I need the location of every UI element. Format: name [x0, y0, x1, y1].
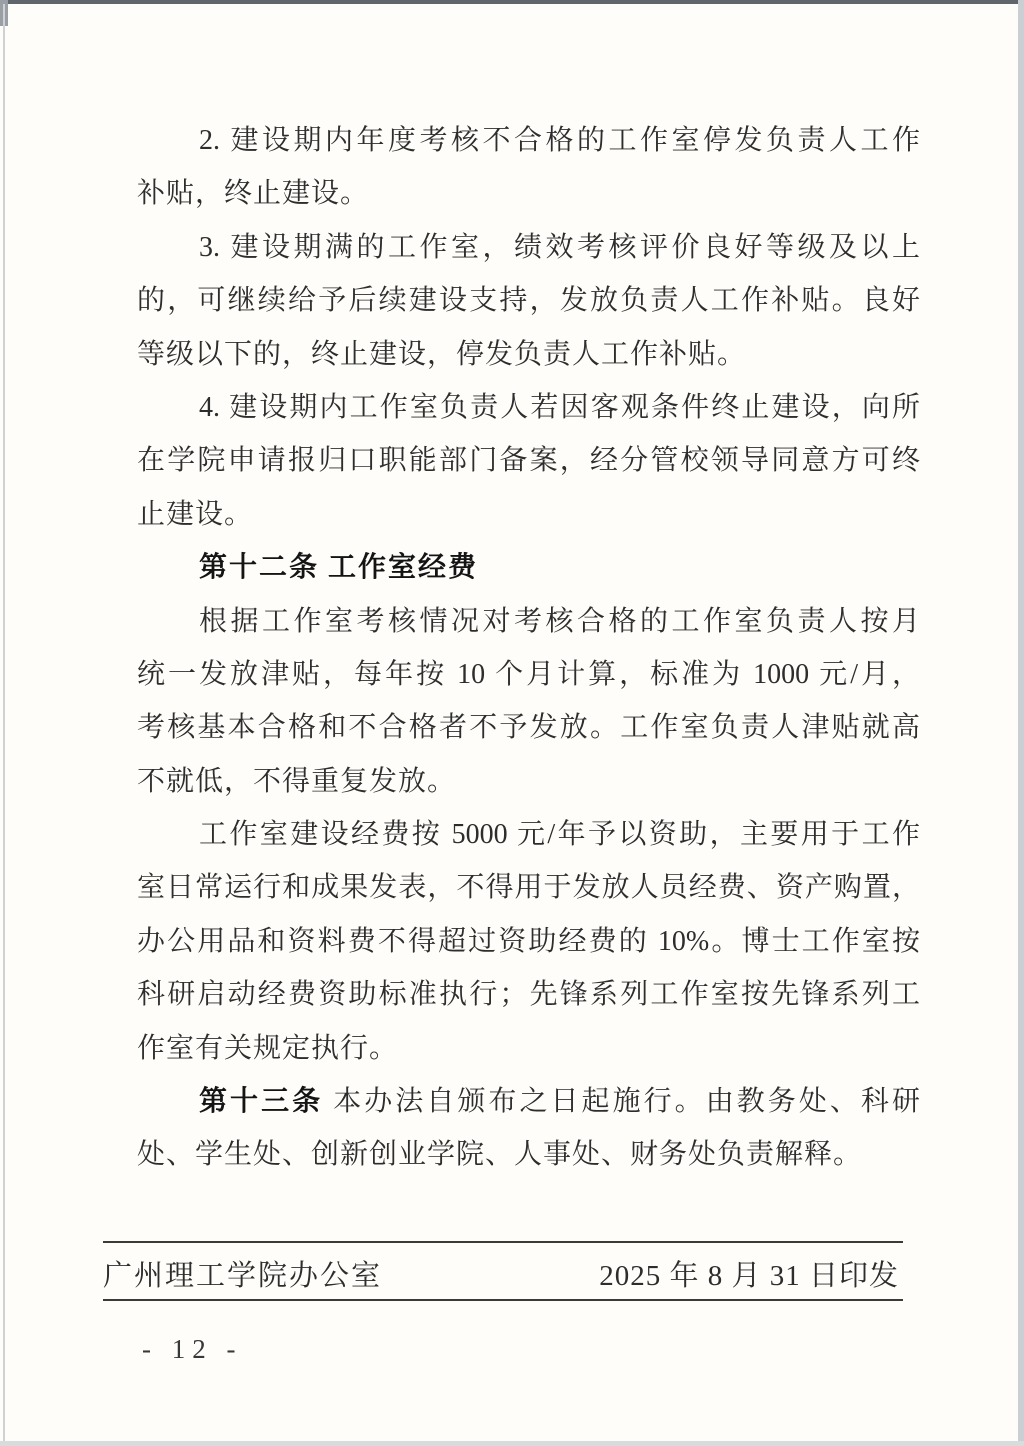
scan-edge-bottom	[0, 1441, 1024, 1446]
print-date: 2025 年 8 月 31 日印发	[599, 1255, 899, 1297]
scan-edge-right	[1018, 0, 1024, 1446]
text-line: 等级以下的，终止建设，停发负责人工作补贴。	[137, 328, 920, 381]
footer-row: 广州理工学院办公室 2025 年 8 月 31 日印发	[103, 1255, 899, 1297]
text-line: 工作室建设经费按 5000 元/年予以资助，主要用于工作	[137, 808, 920, 861]
section-heading: 第十二条 工作室经费	[137, 541, 920, 594]
text-line: 第十三条 本办法自颁布之日起施行。由教务处、科研	[137, 1075, 920, 1128]
text-line: 室日常运行和成果发表，不得用于发放人员经费、资产购置，	[137, 861, 920, 914]
text-line: 办公用品和资料费不得超过资助经费的 10%。博士工作室按	[137, 915, 920, 968]
text-line: 根据工作室考核情况对考核合格的工作室负责人按月	[137, 595, 920, 648]
scan-edge-left	[3, 4, 5, 1446]
text-line: 处、学生处、创新创业学院、人事处、财务处负责解释。	[137, 1128, 920, 1181]
document-body: 2. 建设期内年度考核不合格的工作室停发负责人工作补贴，终止建设。3. 建设期满…	[137, 114, 920, 1182]
text-line: 补贴，终止建设。	[137, 167, 920, 220]
text-line: 3. 建设期满的工作室，绩效考核评价良好等级及以上	[137, 221, 920, 274]
footer-rule-bottom	[103, 1299, 903, 1301]
text-line: 2. 建设期内年度考核不合格的工作室停发负责人工作	[137, 114, 920, 167]
text-line: 的，可继续给予后续建设支持，发放负责人工作补贴。良好	[137, 274, 920, 327]
scanned-document-page: 2. 建设期内年度考核不合格的工作室停发负责人工作补贴，终止建设。3. 建设期满…	[0, 0, 1024, 1446]
text-line: 不就低，不得重复发放。	[137, 755, 920, 808]
scan-edge-top	[0, 0, 1024, 4]
page-number: - 12 -	[142, 1334, 242, 1365]
text-line: 在学院申请报归口职能部门备案，经分管校领导同意方可终	[137, 434, 920, 487]
text-line: 4. 建设期内工作室负责人若因客观条件终止建设，向所	[137, 381, 920, 434]
footer-rule-top	[103, 1241, 903, 1243]
text-line: 科研启动经费资助标准执行；先锋系列工作室按先锋系列工	[137, 968, 920, 1021]
issuing-office: 广州理工学院办公室	[103, 1255, 382, 1297]
text-line: 止建设。	[137, 488, 920, 541]
text-line: 考核基本合格和不合格者不予发放。工作室负责人津贴就高	[137, 701, 920, 754]
text-line: 统一发放津贴，每年按 10 个月计算，标准为 1000 元/月，	[137, 648, 920, 701]
text-line: 作室有关规定执行。	[137, 1022, 920, 1075]
